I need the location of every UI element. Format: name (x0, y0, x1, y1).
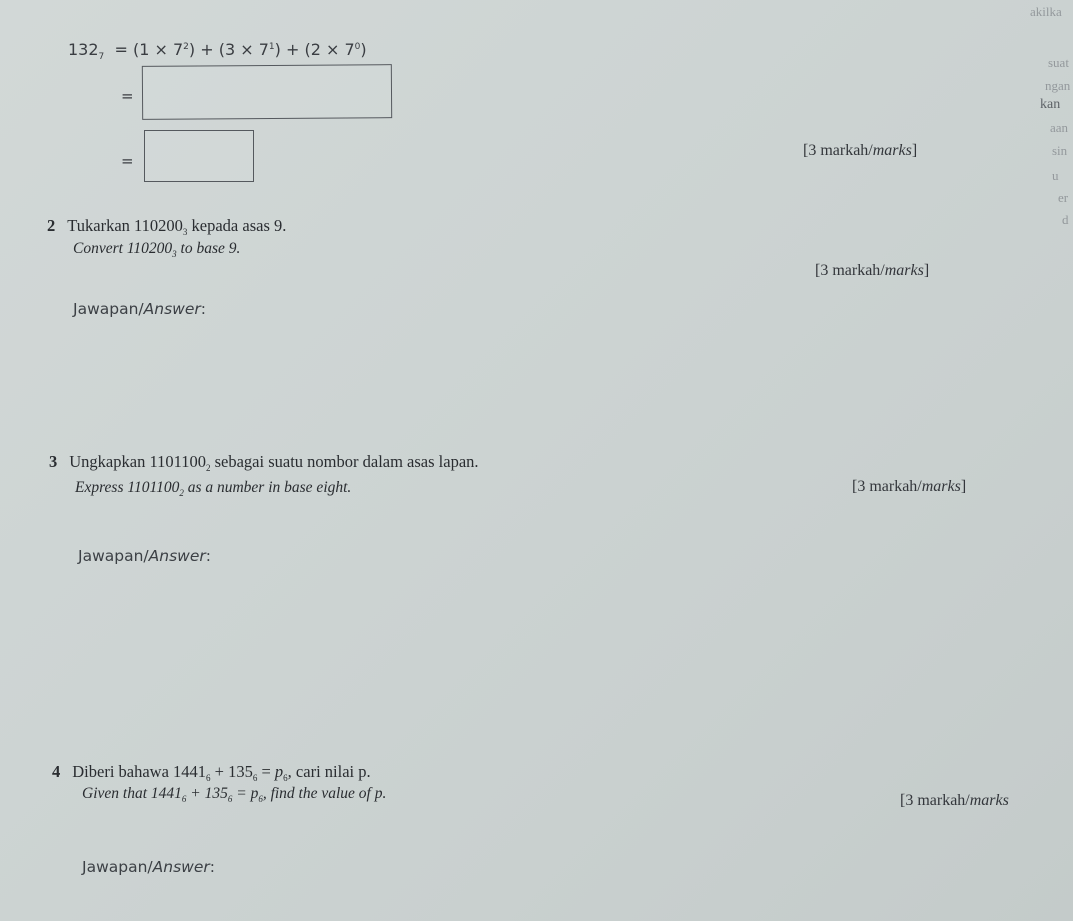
question-2-answer-label: Jawapan/Answer: (73, 300, 206, 318)
bleed-text-3: kan (1040, 97, 1060, 113)
question-4-answer-label: Jawapan/Answer: (82, 858, 215, 876)
equals-sign-step2: = (121, 152, 134, 170)
question-3-malay: 3Ungkapkan 11011002 sebagai suatu nombor… (49, 452, 479, 473)
question-2-answer-area[interactable] (73, 325, 773, 435)
bleed-text-6: u (1052, 168, 1059, 184)
bleed-text-1: suat (1048, 55, 1069, 71)
question-3-answer-label: Jawapan/Answer: (78, 547, 211, 565)
question-4-answer-area[interactable] (82, 885, 782, 921)
question-4-malay: 4Diberi bahawa 14416 + 1356 = p6, cari n… (52, 762, 371, 783)
equals-sign-step1: = (121, 87, 134, 105)
example-base-number: 1327 (68, 40, 104, 59)
question-3-english: Express 11011002 as a number in base eig… (75, 479, 351, 498)
question-2-malay: 2Tukarkan 1102003 kepada asas 9. (47, 216, 286, 237)
question-3-marks: [3 markah/marks] (852, 478, 966, 496)
bleed-text-8: d (1062, 212, 1069, 228)
bleed-text-0: akilka (1030, 4, 1062, 20)
bleed-text-7: er (1058, 190, 1068, 206)
example-marks: [3 markah/marks] (803, 142, 917, 160)
question-2-english: Convert 1102003 to base 9. (73, 240, 240, 259)
example-expansion-line: 1327 = (1 × 72) + (3 × 71) + (2 × 70) (68, 40, 367, 62)
answer-box-step2[interactable] (144, 130, 254, 182)
question-2-marks: [3 markah/marks] (815, 262, 929, 280)
answer-box-step1[interactable] (142, 64, 392, 120)
question-4-marks: [3 markah/marks (900, 792, 1009, 810)
question-4-english: Given that 14416 + 1356 = p6, find the v… (82, 785, 386, 804)
question-3-answer-area[interactable] (78, 575, 778, 725)
bleed-text-4: aan (1050, 120, 1068, 136)
bleed-text-2: ngan (1045, 78, 1070, 94)
bleed-text-5: sin (1052, 143, 1067, 159)
